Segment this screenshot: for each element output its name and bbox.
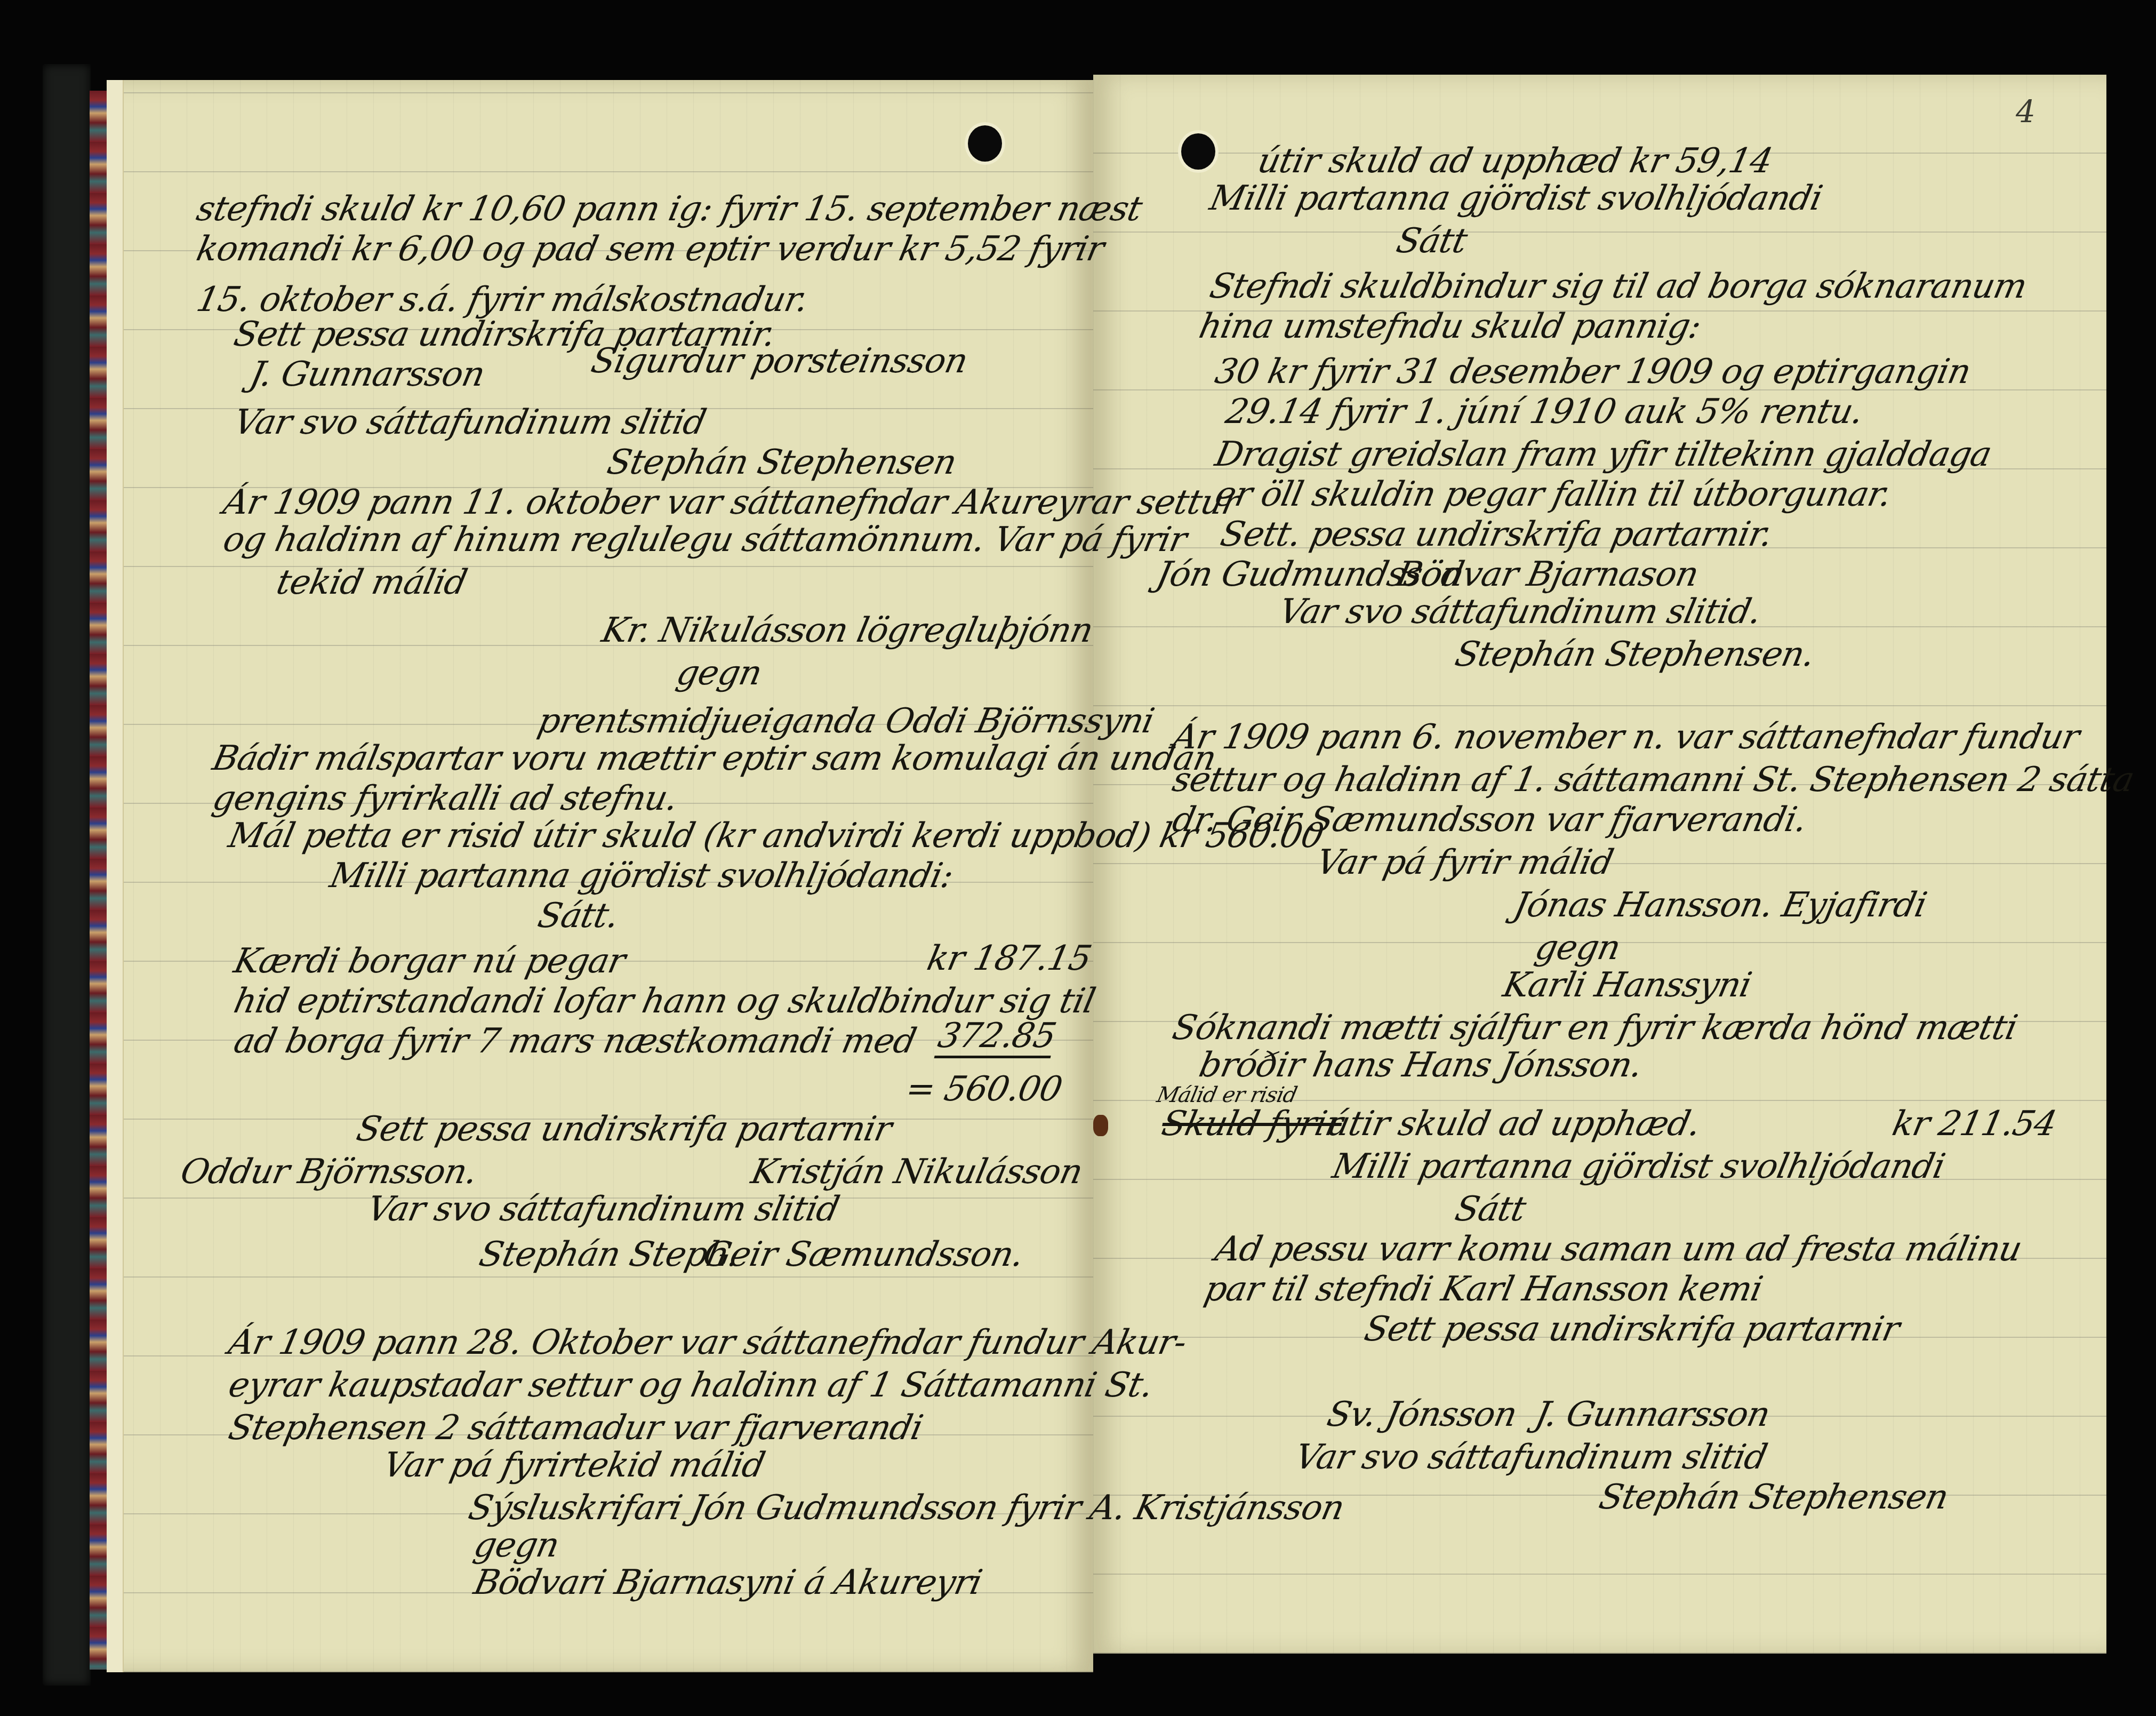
struck-text: Skuld fyrir xyxy=(1158,1104,1346,1144)
signature: Geir Sæmundsson. xyxy=(700,1235,1027,1274)
text-line: Ár 1909 pann 28. Oktober var sáttanefnda… xyxy=(225,1323,1190,1362)
text-line: Sátt. xyxy=(534,896,622,936)
book-cover xyxy=(43,64,91,1686)
signature: Sigurdur porsteinsson xyxy=(588,341,971,381)
text-line: Mál petta er risid útir skuld (kr andvir… xyxy=(225,816,1327,856)
text-line: Var pá fyrirtekid málid xyxy=(380,1446,768,1485)
signature: Stephán Stephensen xyxy=(1596,1478,1952,1517)
text-line: Ár 1909 pann 6. november n. var sáttanef… xyxy=(1169,717,2082,757)
text-line: settur og haldinn af 1. sáttamanni St. S… xyxy=(1169,760,2137,800)
text-line: Sett pessa undirskrifa partarnir xyxy=(1361,1310,1903,1349)
text-line: Var svo sáttafundinum slitid xyxy=(230,403,709,442)
signature: Bödvar Bjarnason xyxy=(1393,555,1702,594)
page-number: 4 xyxy=(2016,93,2035,130)
punch-hole-right xyxy=(1181,133,1215,170)
text-line: bróðir hans Hans Jónsson. xyxy=(1196,1045,1646,1085)
signature: J. Gunnarsson xyxy=(246,355,488,394)
text-line: Ár 1909 pann 11. oktober var sáttanefnda… xyxy=(220,483,1243,522)
signature: Oddur Björnsson. xyxy=(177,1152,480,1192)
text-line: hid eptirstandandi lofar hann og skuldbi… xyxy=(230,981,1099,1021)
case-gegn: gegn xyxy=(673,653,765,693)
text-line: útir skuld ad upphæd. xyxy=(1324,1104,1704,1144)
punch-hole-left xyxy=(968,125,1002,162)
case-party: Kr. Nikulásson lögregluþjónn xyxy=(598,611,1096,650)
text-line: gengins fyrirkalli ad stefnu. xyxy=(209,779,681,818)
text-line: Sóknandi mætti sjálfur en fyrir kærda hö… xyxy=(1169,1008,2021,1048)
text-line: stefndi skuld kr 10,60 pann ig: fyrir 15… xyxy=(193,189,1145,229)
text-line: útir skuld ad upphæd kr 59,14 xyxy=(1254,141,1776,181)
text-line: Var svo sáttafundinum slitid. xyxy=(1276,592,1765,632)
case-party: Karli Hanssyni xyxy=(1500,965,1754,1005)
text-line: 15. oktober s.á. fyrir málskostnadur. xyxy=(193,280,812,320)
signature: Kristján Nikulásson xyxy=(748,1152,1086,1192)
text-line: Ad pessu varr komu saman um ad fresta má… xyxy=(1212,1230,2025,1269)
case-party: Bödvari Bjarnasyni á Akureyri xyxy=(470,1563,985,1602)
text-line: Milli partanna gjördist svolhljódandi xyxy=(1206,179,1825,218)
text-line: dr. Geir Sæmundsson var fjarverandi. xyxy=(1169,800,1810,840)
signature: Stephán Stephensen. xyxy=(1452,635,1818,674)
text-line: Var svo sáttafundinum slitid xyxy=(1292,1438,1770,1477)
signature: Stephán Stephensen xyxy=(604,443,960,482)
text-line: og haldinn af hinum reglulegu sáttamönnu… xyxy=(220,520,1190,560)
ink-stain xyxy=(1093,1115,1108,1136)
text-line: Sett pessa undirskrifa partarnir xyxy=(353,1110,895,1149)
text-line: Var pá fyrir málid xyxy=(1313,843,1616,882)
amount: 372.85 xyxy=(934,1016,1060,1058)
text-line: Sátt xyxy=(1393,221,1470,261)
text-line: er öll skuldin pegar fallin til útborgun… xyxy=(1212,475,1895,514)
case-gegn: gegn xyxy=(470,1526,563,1565)
text-line: tekid málid xyxy=(273,563,470,602)
case-party: prentsmidjueiganda Oddi Björnssyni xyxy=(534,701,1157,741)
text-line: Var svo sáttafundinum slitid xyxy=(364,1190,843,1229)
page-stack-edge xyxy=(107,80,124,1672)
text-line: Dragist greidslan fram yfir tiltekinn gj… xyxy=(1212,435,1995,474)
text-line: Sátt xyxy=(1452,1190,1529,1229)
text-line: komandi kr 6,00 og pad sem eptir verdur … xyxy=(193,229,1107,269)
text-line: Sett. pessa undirskrifa partarnir. xyxy=(1217,515,1776,554)
text-line: 30 kr fyrir 31 desember 1909 og eptirgan… xyxy=(1212,352,1974,392)
text-line: Stefndi skuldbindur sig til ad borga sók… xyxy=(1206,267,2030,306)
case-party: Jónas Hansson. Eyjafirdi xyxy=(1510,885,1930,925)
text-line: ad borga fyrir 7 mars næstkomandi med xyxy=(230,1021,919,1061)
text-line: Milli partanna gjördist svolhljódandi: xyxy=(326,856,957,896)
text-line: eyrar kaupstadar settur og haldinn af 1 … xyxy=(225,1366,1156,1405)
text-line: hina umstefndu skuld pannig: xyxy=(1196,307,1704,346)
text-line: Stephensen 2 sáttamadur var fjarverandi xyxy=(225,1408,926,1448)
case-party: Sýsluskrifari Jón Gudmundsson fyrir A. K… xyxy=(465,1488,1348,1528)
amount: kr 187.15 xyxy=(924,939,1094,978)
text-line: 29.14 fyrir 1. júní 1910 auk 5% rentu. xyxy=(1222,392,1866,432)
signature: Sv. Jónsson xyxy=(1324,1395,1520,1434)
text-line: par til stefndi Karl Hansson kemi xyxy=(1201,1270,1766,1309)
text-line: Kærdi borgar nú pegar xyxy=(230,941,629,981)
total-amount: = 560.00 xyxy=(902,1069,1065,1109)
signature: J. Gunnarsson xyxy=(1532,1395,1773,1434)
text-line: Milli partanna gjördist svolhljódandi xyxy=(1329,1147,1948,1186)
case-gegn: gegn xyxy=(1532,928,1624,968)
text-line: Bádir málspartar voru mættir eptir sam k… xyxy=(209,739,1220,778)
amount: kr 211.54 xyxy=(1889,1104,2059,1144)
marbled-page-edge xyxy=(90,91,107,1670)
